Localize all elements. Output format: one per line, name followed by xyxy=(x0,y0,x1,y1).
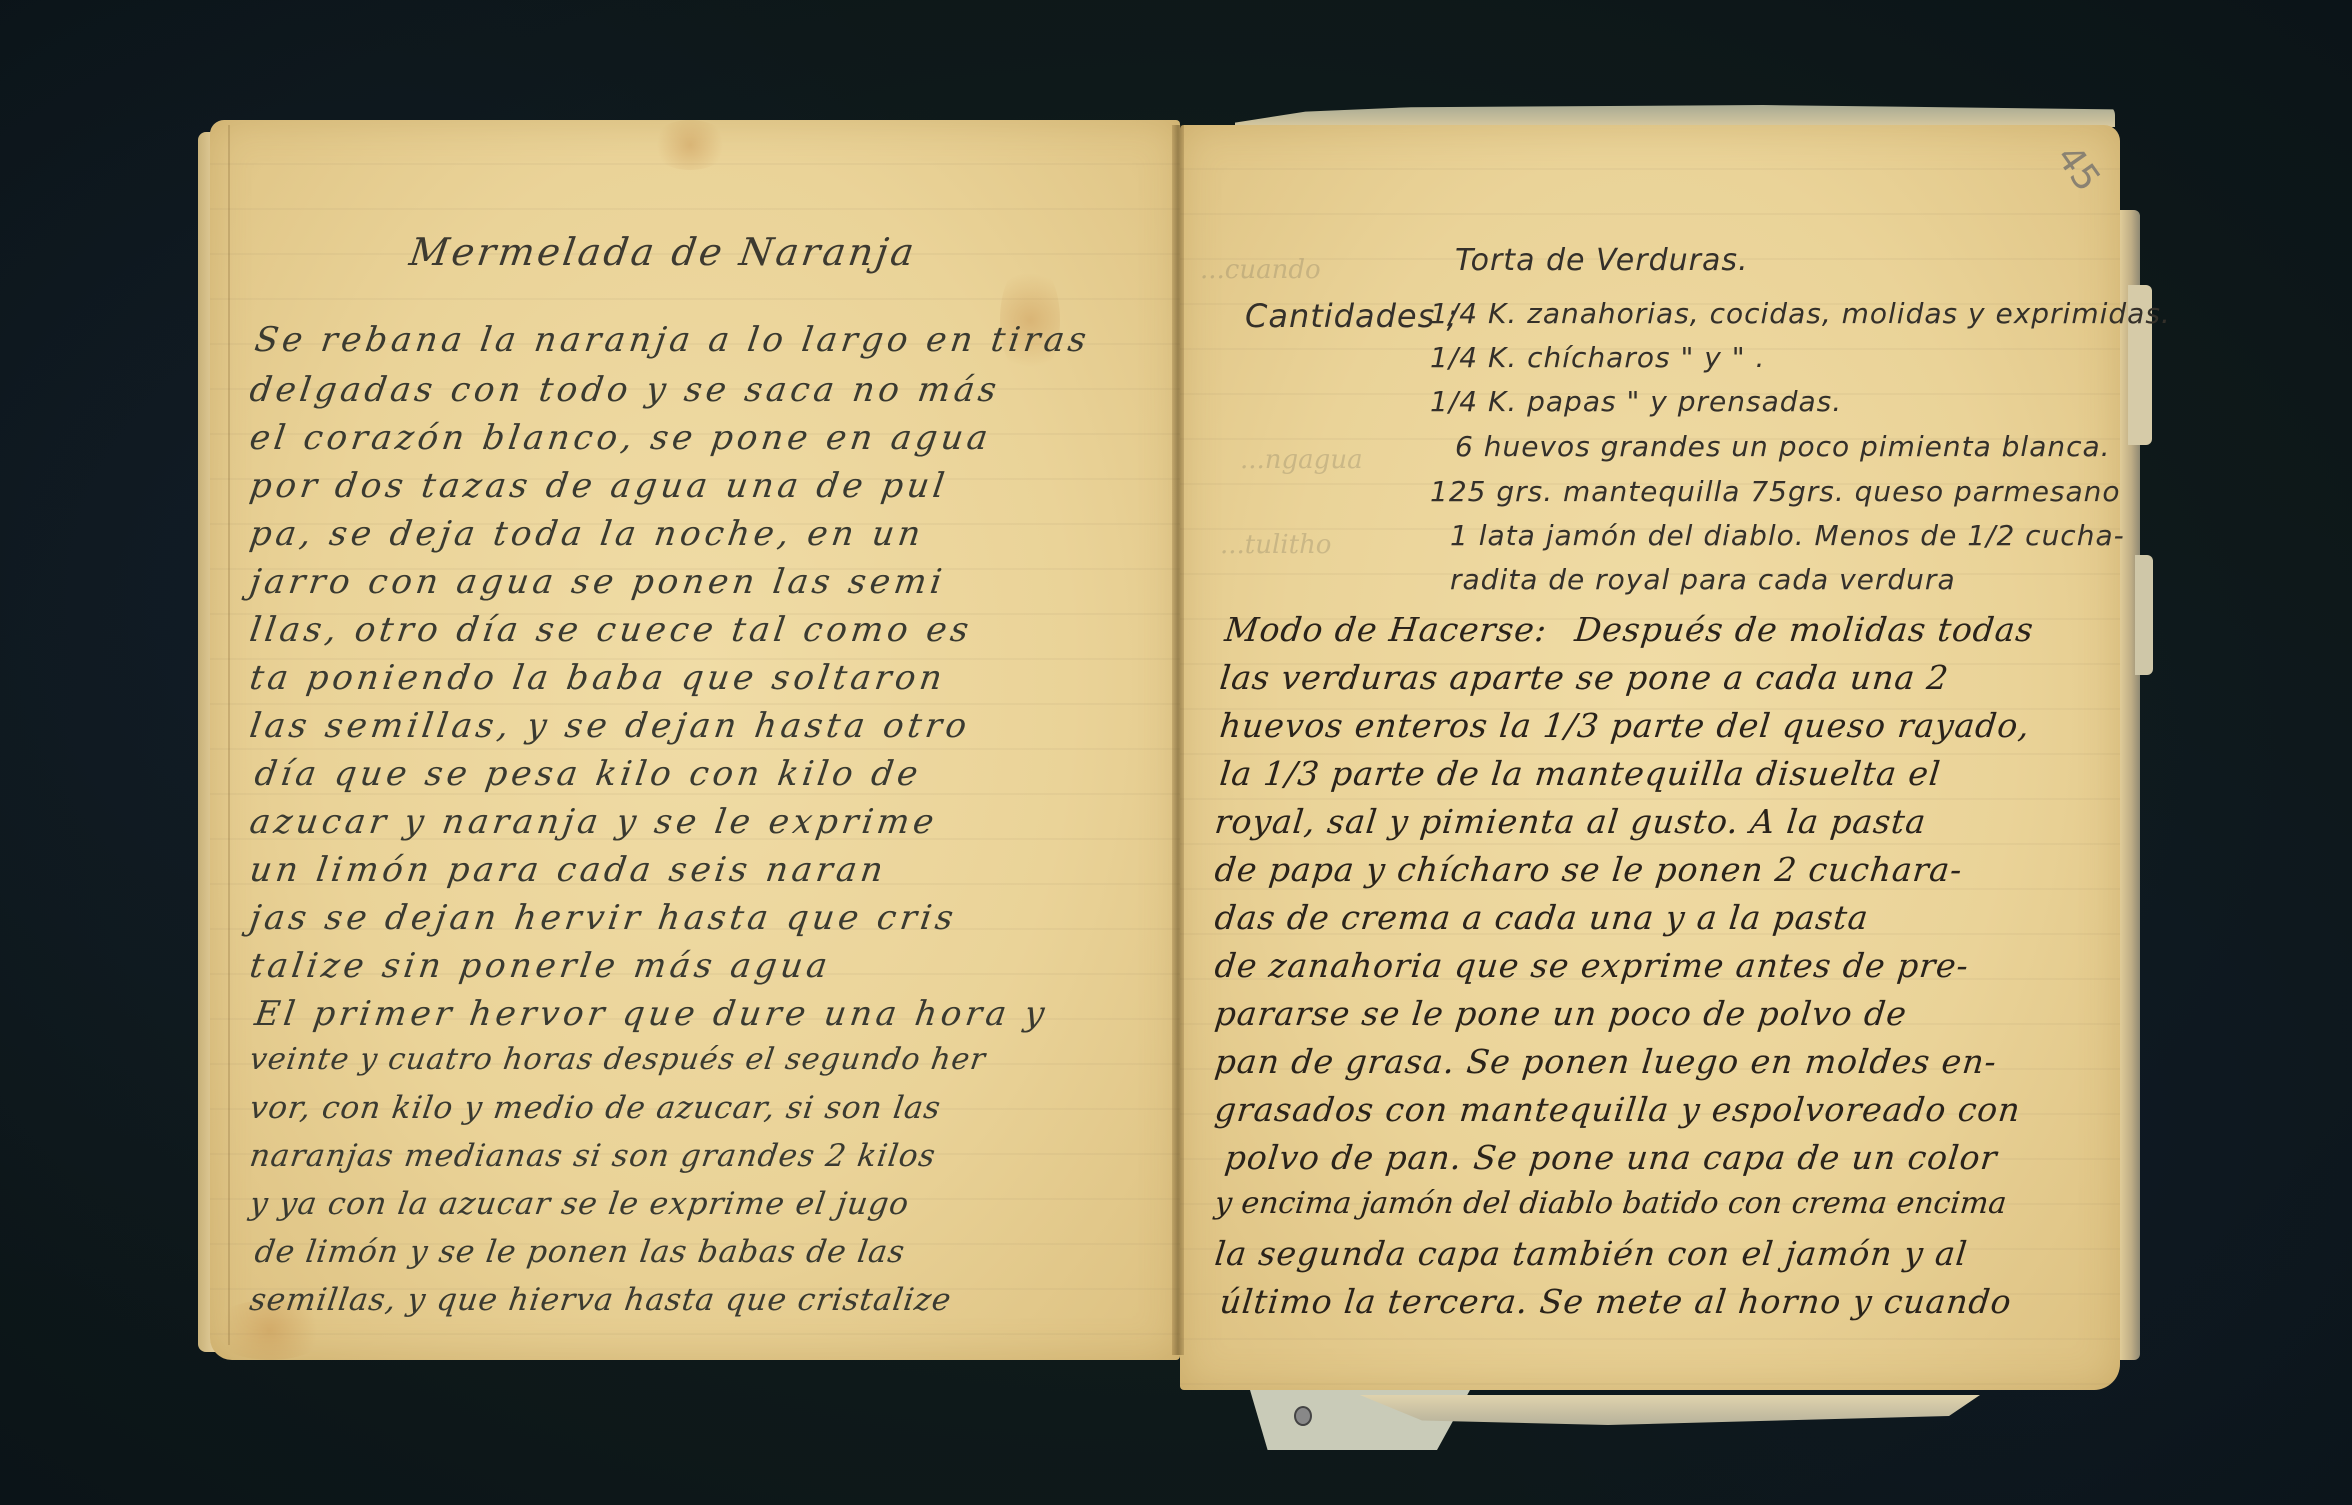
recipe-line: Se rebana la naranja a lo largo en tiras xyxy=(252,320,1092,360)
recipe-line: jas se dejan hervir hasta que cris xyxy=(247,898,959,938)
ingredient-line: 125 grs. mantequilla 75grs. queso parmes… xyxy=(1430,475,2121,508)
recipe-line: veinte y cuatro horas después el segundo… xyxy=(248,1042,989,1077)
recipe-line: talize sin ponerle más agua xyxy=(247,946,833,986)
method-line: Después de molidas todas xyxy=(1573,610,2036,649)
page-margin-line xyxy=(228,125,230,1345)
ingredient-line: 1 lata jamón del diablo. Menos de 1/2 cu… xyxy=(1450,519,2125,552)
method-line: y encima jamón del diablo batido con cre… xyxy=(1213,1186,2008,1221)
ingredient-line: 1/4 K. chícharos " y " . xyxy=(1430,341,1765,374)
method-line: de zanahoria que se exprime antes de pre… xyxy=(1213,946,1971,985)
recipe-line: un limón para cada seis naran xyxy=(247,850,889,890)
ingredient-line: 1/4 K. papas " y prensadas. xyxy=(1430,385,1842,418)
recipe-line: delgadas con todo y se saca no más xyxy=(247,370,1002,410)
recipe-line: semillas, y que hierva hasta que cristal… xyxy=(247,1282,953,1318)
right-page: ...cuando ...ngagua ...tulitho Torta de … xyxy=(1180,125,2120,1390)
bleed-through-text: ...cuando xyxy=(1200,255,1321,285)
recipe-title: Mermelada de Naranja xyxy=(407,230,920,274)
method-label: Modo de Hacerse: xyxy=(1223,610,1549,649)
method-line: la 1/3 parte de la mantequilla disuelta … xyxy=(1218,754,1943,793)
method-line: de papa y chícharo se le ponen 2 cuchara… xyxy=(1213,850,1965,889)
recipe-line: por dos tazas de agua una de pul xyxy=(247,466,951,506)
recipe-line: El primer hervor que dure una hora y xyxy=(252,994,1051,1034)
method-line: royal, sal y pimienta al gusto. A la pas… xyxy=(1213,802,1928,841)
ingredient-line: radita de royal para cada verdura xyxy=(1450,563,1956,596)
method-line: la segunda capa también con el jamón y a… xyxy=(1213,1234,1970,1273)
recipe-line: y ya con la azucar se le exprime el jugo xyxy=(247,1186,911,1222)
paper-stain xyxy=(650,120,730,170)
bleed-through-text: ...ngagua xyxy=(1240,445,1363,475)
method-line: pan de grasa. Se ponen luego en moldes e… xyxy=(1213,1042,1999,1081)
ingredient-line: 1/4 K. zanahorias, cocidas, molidas y ex… xyxy=(1430,297,2171,330)
recipe-title: Torta de Verduras. xyxy=(1455,243,1749,278)
left-page: Mermelada de Naranja Se rebana la naranj… xyxy=(210,120,1180,1360)
method-line: grasados con mantequilla y espolvoreado … xyxy=(1213,1090,2023,1129)
quantities-label: Cantidades ; xyxy=(1245,297,1458,335)
method-line: huevos enteros la 1/3 parte del queso ra… xyxy=(1218,706,2032,745)
method-line: polvo de pan. Se pone una capa de un col… xyxy=(1223,1138,2000,1177)
recipe-line: vor, con kilo y medio de azucar, si son … xyxy=(247,1090,943,1126)
recipe-line: jarro con agua se ponen las semi xyxy=(247,562,948,602)
method-line: último la tercera. Se mete al horno y cu… xyxy=(1218,1282,2014,1321)
ingredient-line: 6 huevos grandes un poco pimienta blanca… xyxy=(1455,430,2111,463)
recipe-line: de limón y se le ponen las babas de las xyxy=(252,1234,907,1270)
recipe-line: el corazón blanco, se pone en agua xyxy=(247,418,994,458)
recipe-line: llas, otro día se cuece tal como es xyxy=(247,610,975,650)
recipe-line: pa, se deja toda la noche, en un xyxy=(247,514,927,554)
method-line: las verduras aparte se pone a cada una 2 xyxy=(1218,658,1951,697)
recipe-line: azucar y naranja y se le exprime xyxy=(247,802,940,842)
recipe-line: las semillas, y se dejan hasta otro xyxy=(247,706,973,746)
method-line: pararse se le pone un poco de polvo de xyxy=(1213,994,1909,1033)
book-gutter xyxy=(1172,125,1184,1355)
bleed-through-text: ...tulitho xyxy=(1220,530,1331,560)
method-line: das de crema a cada una y a la pasta xyxy=(1213,898,1871,937)
recipe-line: naranjas medianas si son grandes 2 kilos xyxy=(247,1138,938,1174)
torn-leaf-tab xyxy=(2135,555,2153,675)
recipe-line: día que se pesa kilo con kilo de xyxy=(252,754,924,794)
staple-mark-icon xyxy=(1294,1406,1312,1426)
recipe-line: ta poniendo la baba que soltaron xyxy=(247,658,948,698)
